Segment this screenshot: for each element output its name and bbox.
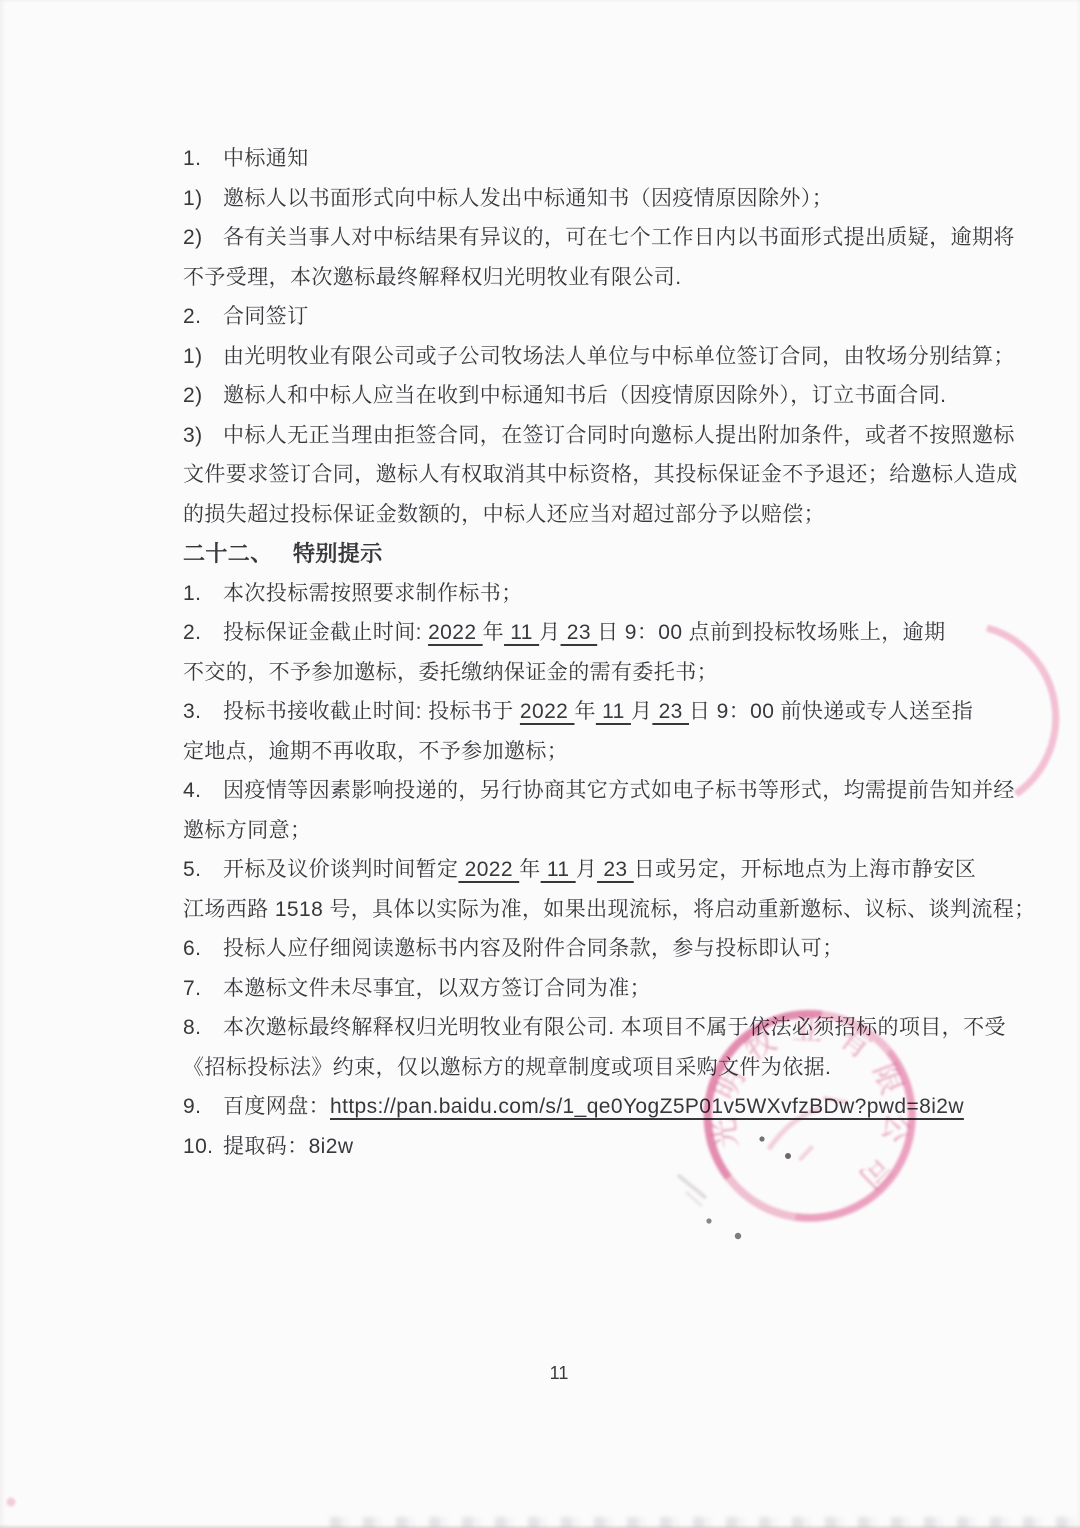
document-line: 2)各有关当事人对中标结果有异议的，可在七个工作日内以书面形式提出质疑，逾期将 (183, 218, 935, 258)
document-line: 10.提取码：8i2w (183, 1127, 935, 1167)
document-line: 2.投标保证金截止时间: 2022 年 11 月 23 日 9：00 点前到投标… (183, 613, 935, 653)
pencil-dashes (678, 1175, 706, 1206)
line-marker: 10. (183, 1127, 223, 1167)
line-text: 11 (504, 621, 539, 644)
line-text: 日 9：00 前快递或专人送至指 (689, 700, 973, 723)
document-line: 9.百度网盘：https://pan.baidu.com/s/1_qe0YogZ… (183, 1087, 935, 1127)
document-line: 二十二、特别提示 (183, 534, 935, 574)
line-marker: 二十二、 (183, 534, 293, 574)
document-line: 1.中标通知 (183, 139, 935, 179)
line-text: 投标书接收截止时间: 投标书于 (223, 700, 520, 723)
line-marker: 2. (183, 613, 223, 653)
document-line: 8.本次邀标最终解释权归光明牧业有限公司. 本项目不属于依法必须招标的项目，不受 (183, 1008, 935, 1048)
baidu-pan-url-text: https://pan.baidu.com/s/1_qe0YogZ5P01v5W… (330, 1095, 964, 1118)
line-text: 月 (576, 858, 597, 881)
line-text: 年 (483, 621, 504, 644)
line-text: 因疫情等因素影响投递的，另行协商其它方式如电子标书等形式，均需提前告知并经 (223, 779, 1015, 802)
document-line: 2.合同签订 (183, 297, 935, 337)
line-text: 2022 (458, 858, 519, 881)
document-line: 5.开标及议价谈判时间暂定 2022 年 11 月 23 日或另定，开标地点为上… (183, 850, 935, 890)
line-text: 月 (539, 621, 560, 644)
line-marker: 8. (183, 1008, 223, 1048)
line-text: 日或另定，开标地点为上海市静安区 (634, 858, 976, 881)
line-text: 2022 (428, 621, 483, 644)
line-marker: 5. (183, 850, 223, 890)
line-text: 23 (561, 621, 598, 644)
line-text: 合同签订 (223, 305, 309, 328)
line-text: 由光明牧业有限公司或子公司牧场法人单位与中标单位签订合同，由牧场分别结算； (223, 345, 1015, 368)
line-marker: 3) (183, 416, 223, 456)
line-text: 本次投标需按照要求制作标书； (223, 582, 523, 605)
line-text: 日 9：00 点前到投标牧场账上，逾期 (597, 621, 945, 644)
document-line: 定地点，逾期不再收取，不予参加邀标； (183, 732, 935, 772)
scanned-document-page: 1.中标通知1)邀标人以书面形式向中标人发出中标通知书（因疫情原因除外）；2)各… (0, 0, 1080, 1528)
line-text: 特别提示 (293, 541, 383, 566)
document-line: 6.投标人应仔细阅读邀标书内容及附件合同条款，参与投标即认可； (183, 929, 935, 969)
document-line: 的损失超过投标保证金数额的，中标人还应当对超过部分予以赔偿； (183, 495, 935, 535)
line-text: 的损失超过投标保证金数额的，中标人还应当对超过部分予以赔偿； (183, 503, 825, 526)
document-line: 《招标投标法》约束，仅以邀标方的规章制度或项目采购文件为依据. (183, 1048, 935, 1088)
line-text: 邀标人和中标人应当在收到中标通知书后（因疫情原因除外），订立书面合同. (223, 384, 946, 407)
document-line: 1.本次投标需按照要求制作标书； (183, 574, 935, 614)
line-text: 本次邀标最终解释权归光明牧业有限公司. 本项目不属于依法必须招标的项目，不受 (223, 1016, 1006, 1039)
line-text: 百度网盘： (223, 1095, 330, 1118)
line-text: 投标人应仔细阅读邀标书内容及附件合同条款，参与投标即认可； (223, 937, 844, 960)
line-text: 投标保证金截止时间: (223, 621, 428, 644)
line-text: 11 (541, 858, 576, 881)
line-marker: 3. (183, 692, 223, 732)
line-text: 开标及议价谈判时间暂定 (223, 858, 458, 881)
document-line: 2)邀标人和中标人应当在收到中标通知书后（因疫情原因除外），订立书面合同. (183, 376, 935, 416)
document-line: 1)邀标人以书面形式向中标人发出中标通知书（因疫情原因除外）； (183, 179, 935, 219)
line-text: 各有关当事人对中标结果有异议的，可在七个工作日内以书面形式提出质疑，逾期将 (223, 226, 1015, 249)
document-line: 江场西路 1518 号，具体以实际为准，如果出现流标，将启动重新邀标、议标、谈判… (183, 890, 935, 930)
partial-seal-stamp (987, 628, 1056, 794)
document-line: 1)由光明牧业有限公司或子公司牧场法人单位与中标单位签订合同，由牧场分别结算； (183, 337, 935, 377)
line-text: 中标通知 (223, 147, 309, 170)
line-text: 文件要求签订合同，邀标人有权取消其中标资格，其投标保证金不予退还；给邀标人造成 (183, 463, 1018, 486)
line-text: 本邀标文件未尽事宜，以双方签订合同为准； (223, 977, 651, 1000)
line-text: 年 (519, 858, 540, 881)
line-text: 2022 (520, 700, 575, 723)
line-text: 邀标方同意； (183, 819, 311, 842)
line-text: 定地点，逾期不再收取，不予参加邀标； (183, 740, 568, 763)
line-marker: 2. (183, 297, 223, 337)
line-text: 23 (652, 700, 689, 723)
line-marker: 2) (183, 218, 223, 258)
line-marker: 6. (183, 929, 223, 969)
line-text: 江场西路 1518 号，具体以实际为准，如果出现流标，将启动重新邀标、议标、谈判… (183, 898, 1036, 921)
scan-bottom-shadow (0, 1524, 1080, 1528)
line-text: 11 (596, 700, 631, 723)
line-marker: 1. (183, 139, 223, 179)
line-text: 23 (597, 858, 634, 881)
line-text: 提取码：8i2w (223, 1135, 353, 1158)
line-marker: 2) (183, 376, 223, 416)
line-marker: 9. (183, 1087, 223, 1127)
document-line: 3)中标人无正当理由拒签合同，在签订合同时向邀标人提出附加条件，或者不按照邀标 (183, 416, 935, 456)
document-line: 3.投标书接收截止时间: 投标书于 2022 年 11 月 23 日 9：00 … (183, 692, 935, 732)
document-line: 7.本邀标文件未尽事宜，以双方签订合同为准； (183, 969, 935, 1009)
line-marker: 1) (183, 179, 223, 219)
line-text: 年 (574, 700, 595, 723)
document-line: 邀标方同意； (183, 811, 935, 851)
line-text: 不交的，不予参加邀标，委托缴纳保证金的需有委托书； (183, 661, 718, 684)
line-marker: 7. (183, 969, 223, 1009)
line-marker: 1) (183, 337, 223, 377)
document-line: 文件要求签订合同，邀标人有权取消其中标资格，其投标保证金不予退还；给邀标人造成 (183, 455, 935, 495)
line-text: 中标人无正当理由拒签合同，在签订合同时向邀标人提出附加条件，或者不按照邀标 (223, 424, 1015, 447)
line-text: 不予受理，本次邀标最终解释权归光明牧业有限公司. (183, 266, 681, 289)
document-line: 不予受理，本次邀标最终解释权归光明牧业有限公司. (183, 258, 935, 298)
document-lines: 1.中标通知1)邀标人以书面形式向中标人发出中标通知书（因疫情原因除外）；2)各… (183, 139, 935, 1166)
line-text: 《招标投标法》约束，仅以邀标方的规章制度或项目采购文件为依据. (183, 1056, 831, 1079)
document-line: 4.因疫情等因素影响投递的，另行协商其它方式如电子标书等形式，均需提前告知并经 (183, 771, 935, 811)
document-line: 不交的，不予参加邀标，委托缴纳保证金的需有委托书； (183, 653, 935, 693)
line-marker: 4. (183, 771, 223, 811)
line-text: 邀标人以书面形式向中标人发出中标通知书（因疫情原因除外）； (223, 187, 833, 210)
line-marker: 1. (183, 574, 223, 614)
line-text: 月 (631, 700, 652, 723)
pink-speck (7, 1498, 16, 1507)
page-number: 11 (0, 1363, 1080, 1384)
